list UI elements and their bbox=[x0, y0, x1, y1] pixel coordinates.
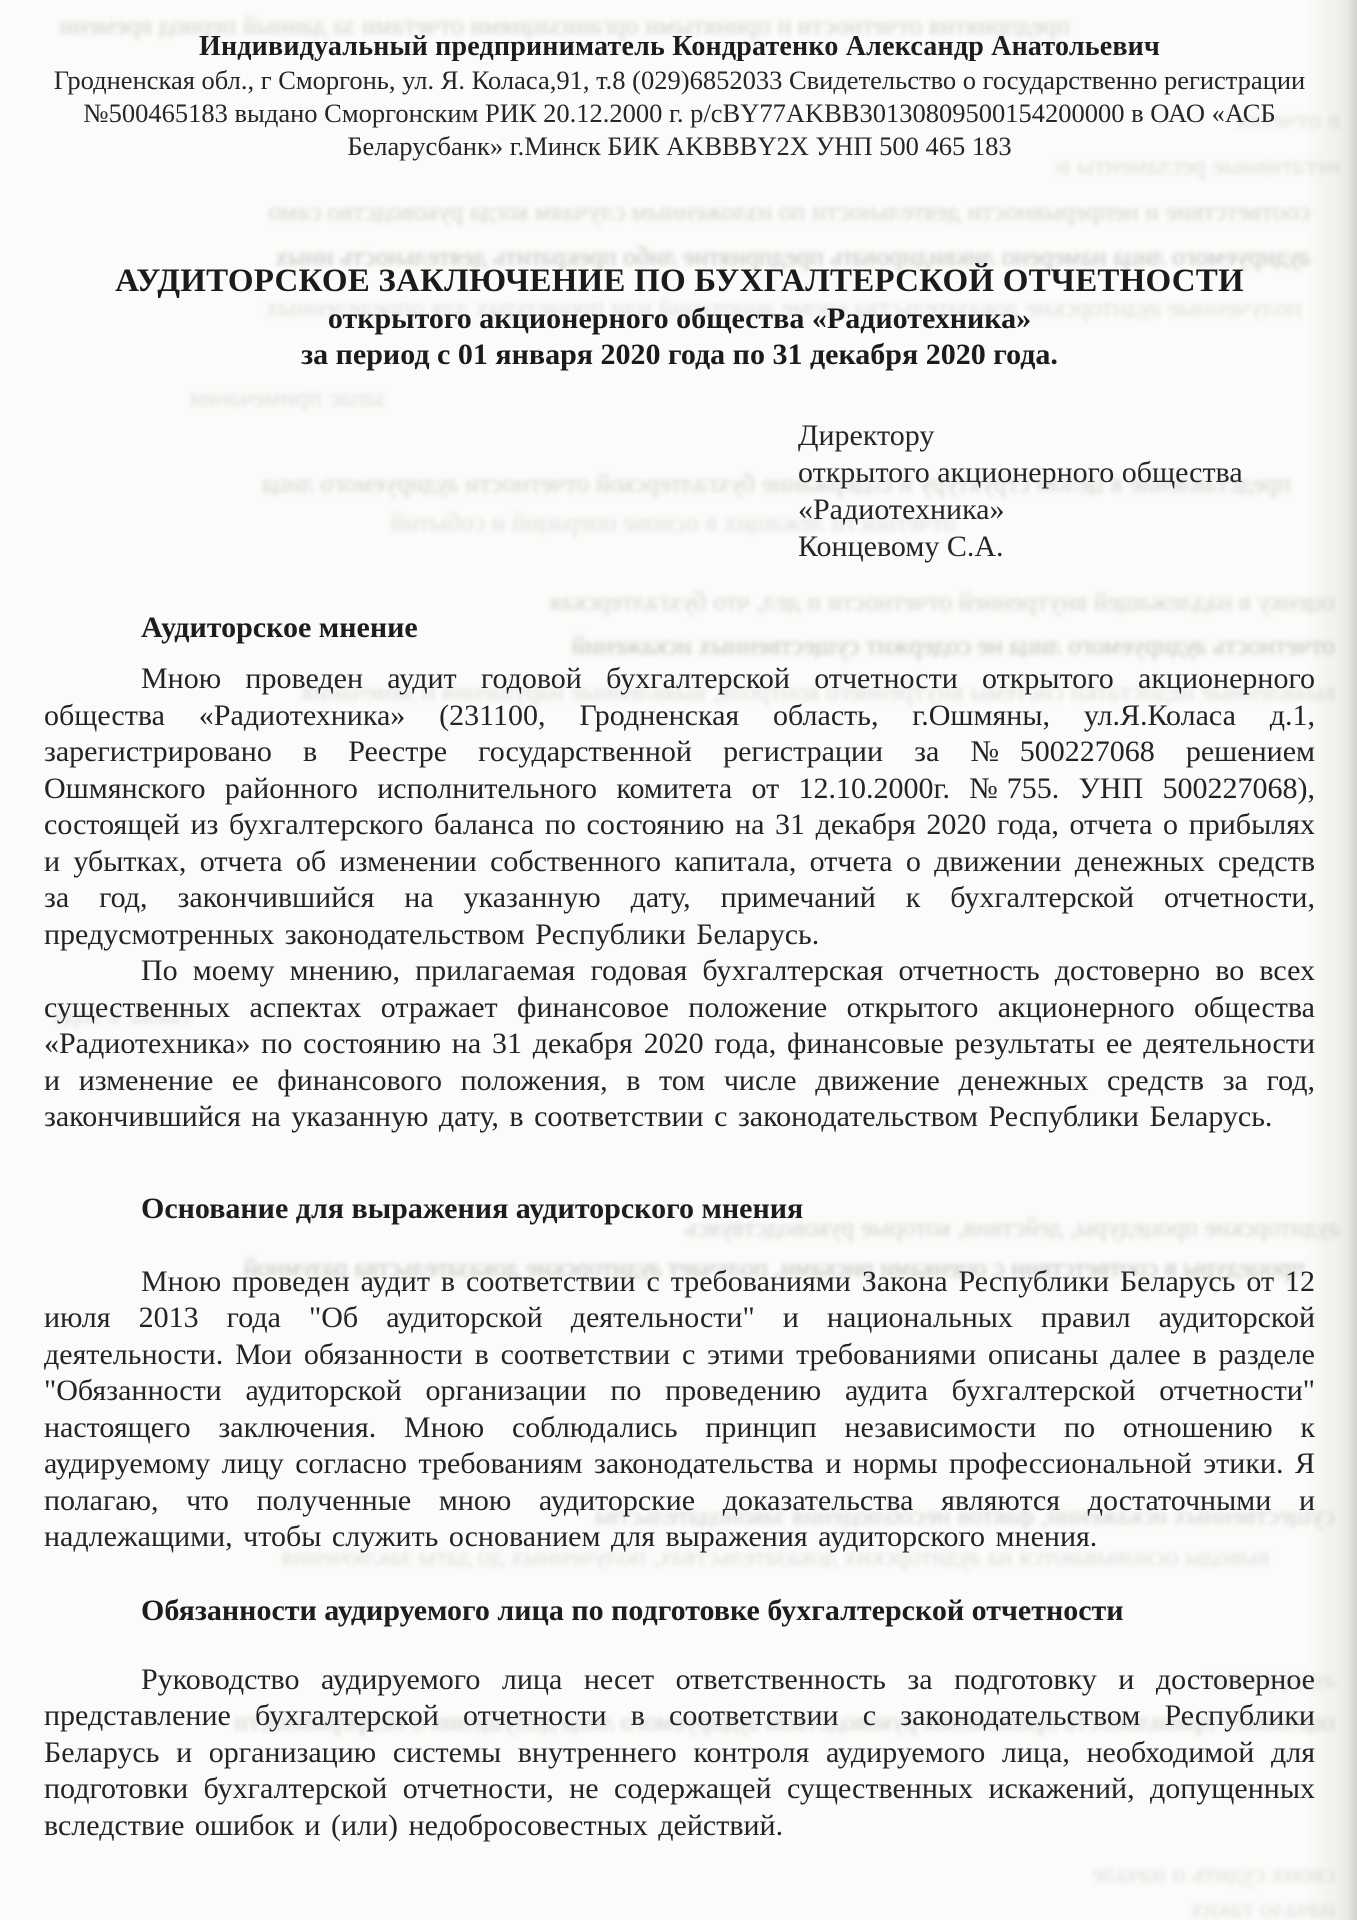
scanned-page: предприятия отчетности и принятыми орган… bbox=[0, 0, 1357, 1920]
paragraph-basis-for-opinion: Мною проведен аудит в соответствии с тре… bbox=[44, 1264, 1315, 1556]
paragraph-opinion-statement: По моему мнению, прилагаемая годовая бух… bbox=[44, 953, 1315, 1136]
report-title: АУДИТОРСКОЕ ЗАКЛЮЧЕНИЕ ПО БУХГАЛТЕРСКОЙ … bbox=[44, 261, 1315, 301]
section-heading-entity-responsibilities: Обязанности аудируемого лица по подготов… bbox=[141, 1592, 1315, 1629]
report-subtitle-period: за период с 01 января 2020 года по 31 де… bbox=[44, 337, 1315, 373]
report-title-block: АУДИТОРСКОЕ ЗАКЛЮЧЕНИЕ ПО БУХГАЛТЕРСКОЙ … bbox=[44, 261, 1315, 373]
bleedthrough-text: своих судить о начале bbox=[880, 1858, 1335, 1891]
bleedthrough-text: начало таких bbox=[1040, 1893, 1335, 1920]
addressee-block: Директору открытого акционерного обществ… bbox=[798, 417, 1315, 565]
letterhead-entrepreneur-name: Индивидуальный предприниматель Кондратен… bbox=[44, 30, 1315, 63]
addressee-role: Директору bbox=[798, 417, 1315, 454]
section-heading-basis-for-opinion: Основание для выражения аудиторского мне… bbox=[141, 1190, 1315, 1227]
addressee-company-type: открытого акционерного общества bbox=[798, 454, 1315, 491]
addressee-company-name: «Радиотехника» bbox=[798, 491, 1315, 528]
addressee-person: Концевому С.А. bbox=[798, 528, 1315, 565]
document-body: Индивидуальный предприниматель Кондратен… bbox=[44, 0, 1315, 1844]
report-subtitle-company: открытого акционерного общества «Радиоте… bbox=[44, 301, 1315, 337]
letterhead-registration-details: Гродненская обл., г Сморгонь, ул. Я. Кол… bbox=[44, 64, 1315, 163]
section-heading-audit-opinion: Аудиторское мнение bbox=[141, 609, 1315, 646]
paragraph-entity-responsibilities: Руководство аудируемого лица несет ответ… bbox=[44, 1662, 1315, 1845]
paragraph-audit-scope: Мною проведен аудит годовой бухгалтерско… bbox=[44, 661, 1315, 953]
